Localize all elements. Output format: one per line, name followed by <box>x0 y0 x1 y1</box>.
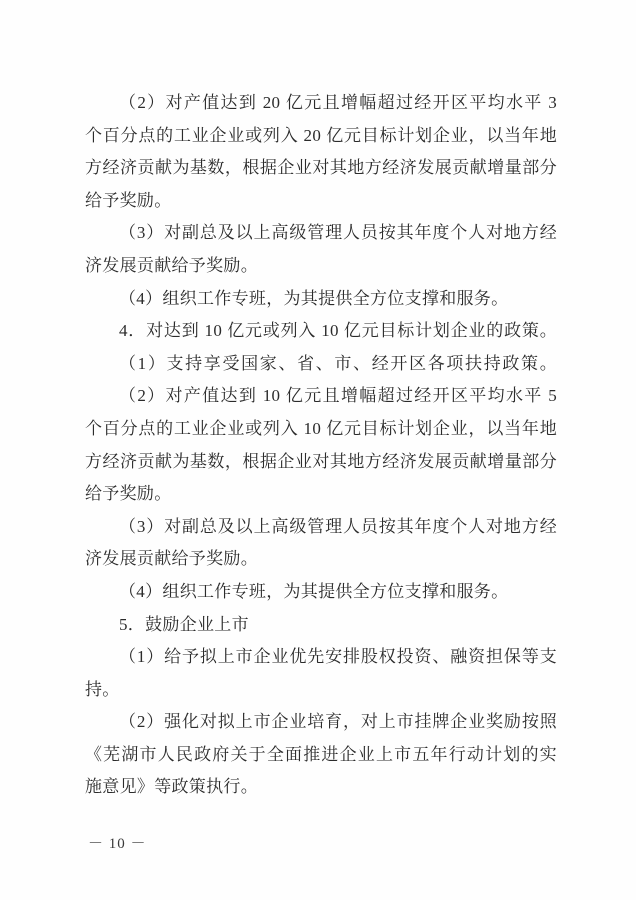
paragraph: （2）强化对拟上市企业培育，对上市挂牌企业奖励按照《芜湖市人民政府关于全面推进企… <box>85 706 557 804</box>
text-line: （2）对产值达到 20 亿元且增幅超过经开区平均水平 3 <box>85 87 557 120</box>
text-line: 给予奖励。 <box>85 185 557 218</box>
text-line: 4．对达到 10 亿元或列入 10 亿元目标计划企业的政策。 <box>85 315 557 348</box>
paragraph: （3）对副总及以上高级管理人员按其年度个人对地方经济发展贡献给予奖励。 <box>85 217 557 282</box>
text-line: 个百分点的工业企业或列入 10 亿元目标计划企业，以当年地 <box>85 413 557 446</box>
paragraph: （1）支持享受国家、省、市、经开区各项扶持政策。 <box>85 348 557 381</box>
text-line: （2）对产值达到 10 亿元且增幅超过经开区平均水平 5 <box>85 380 557 413</box>
text-line: （3）对副总及以上高级管理人员按其年度个人对地方经 <box>85 511 557 544</box>
text-line: 5．鼓励企业上市 <box>85 609 557 642</box>
text-line: 给予奖励。 <box>85 478 557 511</box>
text-line: 济发展贡献给予奖励。 <box>85 543 557 576</box>
text-line: 济发展贡献给予奖励。 <box>85 250 557 283</box>
text-line: 持。 <box>85 674 557 707</box>
paragraph: 5．鼓励企业上市 <box>85 609 557 642</box>
text-line: 方经济贡献为基数，根据企业对其地方经济发展贡献增量部分 <box>85 446 557 479</box>
paragraph: （1）给予拟上市企业优先安排股权投资、融资担保等支持。 <box>85 641 557 706</box>
text-line: 施意见》等政策执行。 <box>85 771 557 804</box>
text-line: （1）给予拟上市企业优先安排股权投资、融资担保等支 <box>85 641 557 674</box>
text-line: （4）组织工作专班，为其提供全方位支撑和服务。 <box>85 576 557 609</box>
paragraph: （2）对产值达到 10 亿元且增幅超过经开区平均水平 5个百分点的工业企业或列入… <box>85 380 557 510</box>
text-line: （1）支持享受国家、省、市、经开区各项扶持政策。 <box>85 348 557 381</box>
text-line: 方经济贡献为基数，根据企业对其地方经济发展贡献增量部分 <box>85 152 557 185</box>
text-line: （3）对副总及以上高级管理人员按其年度个人对地方经 <box>85 217 557 250</box>
paragraph: （4）组织工作专班，为其提供全方位支撑和服务。 <box>85 283 557 316</box>
document-content: （2）对产值达到 20 亿元且增幅超过经开区平均水平 3个百分点的工业企业或列入… <box>85 87 557 804</box>
paragraph: （4）组织工作专班，为其提供全方位支撑和服务。 <box>85 576 557 609</box>
text-line: （2）强化对拟上市企业培育，对上市挂牌企业奖励按照 <box>85 706 557 739</box>
document-page: （2）对产值达到 20 亿元且增幅超过经开区平均水平 3个百分点的工业企业或列入… <box>0 0 636 900</box>
text-line: 《芜湖市人民政府关于全面推进企业上市五年行动计划的实 <box>85 739 557 772</box>
page-number: － 10 － <box>88 833 147 855</box>
paragraph: （3）对副总及以上高级管理人员按其年度个人对地方经济发展贡献给予奖励。 <box>85 511 557 576</box>
paragraph: （2）对产值达到 20 亿元且增幅超过经开区平均水平 3个百分点的工业企业或列入… <box>85 87 557 217</box>
text-line: （4）组织工作专班，为其提供全方位支撑和服务。 <box>85 283 557 316</box>
paragraph: 4．对达到 10 亿元或列入 10 亿元目标计划企业的政策。 <box>85 315 557 348</box>
text-line: 个百分点的工业企业或列入 20 亿元目标计划企业，以当年地 <box>85 120 557 153</box>
